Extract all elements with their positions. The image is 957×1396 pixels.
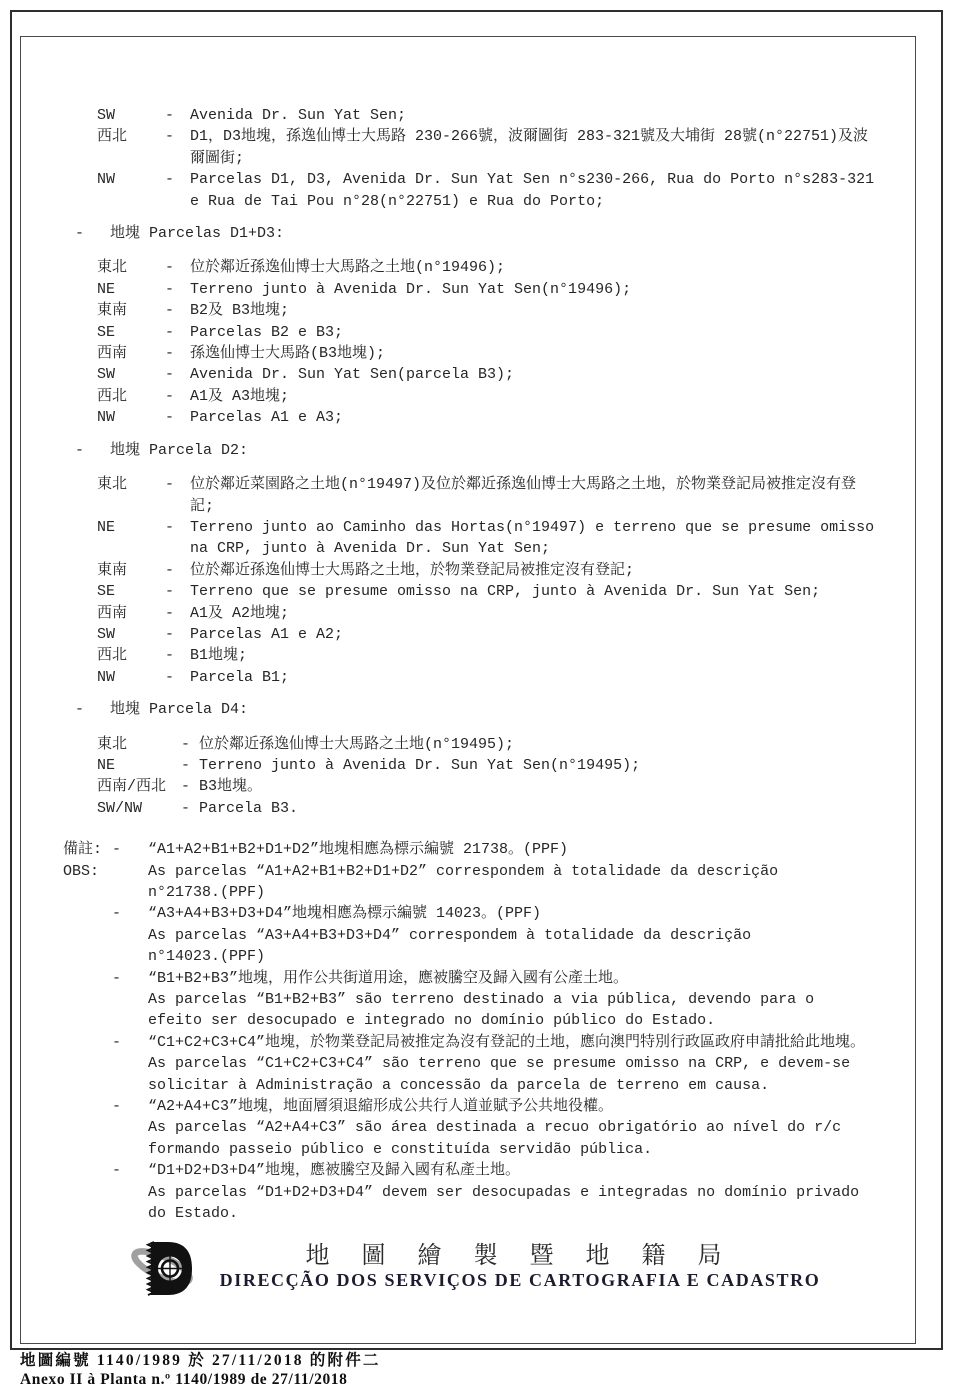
obs-label-spacer	[63, 968, 112, 989]
boundary-text: 孫逸仙博士大馬路(B3地塊);	[190, 343, 915, 364]
boundary-text: 位於鄰近孫逸仙博士大馬路之土地(n°19495);	[199, 734, 915, 755]
obs-text-pt: n°14023.(PPF)	[148, 946, 915, 967]
boundary-row: SW - Avenida Dr. Sun Yat Sen(parcela B3)…	[97, 364, 915, 385]
list-dash: -	[165, 279, 190, 300]
boundary-text: 爾圖街;	[190, 148, 915, 169]
boundary-row: 東北 - 位於鄰近菜園路之土地(n°19497)及位於鄰近孫逸仙博士大馬路之土地…	[97, 474, 915, 517]
section-title: - 地塊 Parcelas D1+D3:	[75, 223, 915, 244]
boundary-text: Parcelas A1 e A2;	[190, 624, 915, 645]
boundary-text: Parcelas A1 e A3;	[190, 407, 915, 428]
obs-text-zh: “D1+D2+D3+D4”地塊，應被騰空及歸入國有私產土地。	[148, 1160, 915, 1181]
continuation-block: SW - Avenida Dr. Sun Yat Sen; 西北 - D1，D3…	[21, 105, 915, 212]
boundary-text: Parcela B1;	[190, 667, 915, 688]
list-dash: -	[165, 126, 190, 169]
list-dash: -	[165, 407, 190, 428]
direction-label: NW	[97, 407, 165, 428]
section-title-text: 地塊 Parcela D4:	[110, 699, 915, 720]
list-dash: -	[165, 517, 190, 560]
boundary-row: 東北 - 位於鄰近孫逸仙博士大馬路之土地(n°19495);	[97, 734, 915, 755]
obs-item: - “A3+A4+B3+D3+D4”地塊相應為標示編號 14023。(PPF) …	[21, 903, 915, 967]
obs-label-spacer	[63, 1160, 112, 1181]
direction-label: 東南	[97, 560, 165, 581]
boundary-row: NE - Terreno junto ao Caminho das Hortas…	[97, 517, 915, 560]
direction-label: NW	[97, 667, 165, 688]
obs-label-pt: OBS:	[63, 861, 112, 904]
outer-border-frame: SW - Avenida Dr. Sun Yat Sen; 西北 - D1，D3…	[10, 10, 943, 1350]
boundary-text: A1及 A3地塊;	[190, 386, 915, 407]
list-dash	[112, 925, 148, 968]
list-dash: -	[165, 105, 190, 126]
boundary-row: SE - Terreno que se presume omisso na CR…	[97, 581, 915, 602]
direction-label: 西南/西北	[97, 776, 181, 797]
boundary-text: Terreno junto à Avenida Dr. Sun Yat Sen(…	[190, 279, 915, 300]
obs-zh-line: - “D1+D2+D3+D4”地塊，應被騰空及歸入國有私產土地。	[63, 1160, 915, 1181]
footer-annex-pt: Anexo II à Planta n.º 1140/1989 de 27/11…	[20, 1370, 381, 1389]
list-dash	[112, 1117, 148, 1160]
list-dash: -	[112, 1096, 148, 1117]
list-dash: -	[165, 474, 190, 517]
list-dash: -	[165, 169, 190, 212]
obs-pt-line: As parcelas “B1+B2+B3” são terreno desti…	[63, 989, 915, 1032]
list-dash: -	[112, 968, 148, 989]
list-dash: -	[165, 624, 190, 645]
boundary-row: 西南 - A1及 A2地塊;	[97, 603, 915, 624]
boundary-row: 西北 - A1及 A3地塊;	[97, 386, 915, 407]
boundary-text: D1，D3地塊，孫逸仙博士大馬路 230-266號，波爾圖街 283-321號及…	[190, 126, 915, 147]
obs-label-spacer	[63, 903, 112, 924]
obs-text-pt: solicitar à Administração a concessão da…	[148, 1075, 915, 1096]
list-dash: -	[112, 839, 148, 860]
list-dash: -	[165, 581, 190, 602]
direction-label: SE	[97, 322, 165, 343]
direction-label: 東北	[97, 257, 165, 278]
list-dash	[112, 861, 148, 904]
boundary-row: NE - Terreno junto à Avenida Dr. Sun Yat…	[97, 279, 915, 300]
list-dash: -	[181, 734, 199, 755]
direction-label: NE	[97, 279, 165, 300]
list-dash: -	[165, 645, 190, 666]
obs-zh-line: - “C1+C2+C3+C4”地塊，於物業登記局被推定為沒有登記的土地，應向澳門…	[63, 1032, 915, 1053]
direction-label: 西北	[97, 386, 165, 407]
boundary-text: 記;	[190, 496, 915, 517]
parcel-section-d4: - 地塊 Parcela D4: 東北 - 位於鄰近孫逸仙博士大馬路之土地(n°…	[21, 699, 915, 819]
list-dash: -	[165, 603, 190, 624]
obs-pt-line: As parcelas “C1+C2+C3+C4” são terreno qu…	[63, 1053, 915, 1096]
boundary-text: Avenida Dr. Sun Yat Sen(parcela B3);	[190, 364, 915, 385]
list-dash: -	[165, 343, 190, 364]
obs-label-spacer	[63, 1117, 112, 1160]
boundary-text: A1及 A2地塊;	[190, 603, 915, 624]
obs-text-pt: As parcelas “A3+A4+B3+D3+D4” corresponde…	[148, 925, 915, 946]
obs-zh-line: - “A2+A4+C3”地塊，地面層須退縮形成公共行人道並賦予公共地役權。	[63, 1096, 915, 1117]
obs-pt-line: OBS: As parcelas “A1+A2+B1+B2+D1+D2” cor…	[63, 861, 915, 904]
boundary-text: Terreno junto à Avenida Dr. Sun Yat Sen(…	[199, 755, 915, 776]
obs-pt-line: As parcelas “D1+D2+D3+D4” devem ser deso…	[63, 1182, 915, 1225]
boundary-text: B3地塊。	[199, 776, 915, 797]
boundary-row: 西南/西北 - B3地塊。	[97, 776, 915, 797]
obs-zh-line: 備註: - “A1+A2+B1+B2+D1+D2”地塊相應為標示編號 21738…	[63, 839, 915, 860]
list-dash	[112, 1053, 148, 1096]
obs-item: - “B1+B2+B3”地塊，用作公共街道用途，應被騰空及歸入國有公產土地。 A…	[21, 968, 915, 1032]
obs-label-spacer	[63, 925, 112, 968]
boundary-text: na CRP, junto à Avenida Dr. Sun Yat Sen;	[190, 538, 915, 559]
boundary-row: SW/NW - Parcela B3.	[97, 798, 915, 819]
obs-text-pt: formando passeio público e constituída s…	[148, 1139, 915, 1160]
boundary-row: SW - Avenida Dr. Sun Yat Sen;	[97, 105, 915, 126]
list-dash: -	[165, 386, 190, 407]
list-dash: -	[165, 257, 190, 278]
obs-text-pt: efeito ser desocupado e integrado no dom…	[148, 1010, 915, 1031]
direction-label: SW	[97, 105, 165, 126]
list-dash: -	[165, 667, 190, 688]
obs-label-spacer	[63, 1096, 112, 1117]
agency-title-pt: DIRECÇÃO DOS SERVIÇOS DE CARTOGRAFIA E C…	[220, 1270, 821, 1291]
boundary-row: 西北 - B1地塊;	[97, 645, 915, 666]
list-dash: -	[75, 440, 110, 461]
direction-label: 西北	[97, 126, 165, 169]
footer-caption: 地圖編號 1140/1989 於 27/11/2018 的附件二 Anexo I…	[20, 1351, 381, 1389]
boundary-row: SW - Parcelas A1 e A2;	[97, 624, 915, 645]
list-dash: -	[75, 699, 110, 720]
boundary-row: 東南 - 位於鄰近孫逸仙博士大馬路之土地，於物業登記局被推定沒有登記;	[97, 560, 915, 581]
boundary-text: 位於鄰近孫逸仙博士大馬路之土地，於物業登記局被推定沒有登記;	[190, 560, 915, 581]
boundary-row: NW - Parcelas D1, D3, Avenida Dr. Sun Ya…	[97, 169, 915, 212]
boundary-row: NE - Terreno junto à Avenida Dr. Sun Yat…	[97, 755, 915, 776]
obs-text-zh: “A2+A4+C3”地塊，地面層須退縮形成公共行人道並賦予公共地役權。	[148, 1096, 915, 1117]
list-dash: -	[181, 776, 199, 797]
list-dash	[112, 989, 148, 1032]
direction-label: 東南	[97, 300, 165, 321]
list-dash	[112, 1182, 148, 1225]
obs-block: 備註: - “A1+A2+B1+B2+D1+D2”地塊相應為標示編號 21738…	[21, 839, 915, 1224]
obs-text-zh: “A1+A2+B1+B2+D1+D2”地塊相應為標示編號 21738。(PPF)	[148, 839, 915, 860]
list-dash: -	[165, 300, 190, 321]
obs-text-pt: As parcelas “A2+A4+C3” são área destinad…	[148, 1117, 915, 1138]
list-dash: -	[112, 903, 148, 924]
list-dash: -	[181, 798, 199, 819]
obs-label-spacer	[63, 1182, 112, 1225]
obs-zh-line: - “A3+A4+B3+D3+D4”地塊相應為標示編號 14023。(PPF)	[63, 903, 915, 924]
agency-block: 地 圖 繪 製 暨 地 籍 局 DIRECÇÃO DOS SERVIÇOS DE…	[35, 1239, 915, 1299]
parcel-section-d1-d3: - 地塊 Parcelas D1+D3: 東北 - 位於鄰近孫逸仙博士大馬路之土…	[21, 223, 915, 429]
boundary-text: 位於鄰近菜園路之土地(n°19497)及位於鄰近孫逸仙博士大馬路之土地，於物業登…	[190, 474, 915, 495]
section-title-text: 地塊 Parcelas D1+D3:	[110, 223, 915, 244]
direction-label: 西南	[97, 343, 165, 364]
direction-label: 東北	[97, 734, 181, 755]
inner-border-frame: SW - Avenida Dr. Sun Yat Sen; 西北 - D1，D3…	[20, 36, 916, 1344]
direction-label: SW/NW	[97, 798, 181, 819]
parcel-section-d2: - 地塊 Parcela D2: 東北 - 位於鄰近菜園路之土地(n°19497…	[21, 440, 915, 688]
direction-label: 西南	[97, 603, 165, 624]
agency-titles: 地 圖 繪 製 暨 地 籍 局 DIRECÇÃO DOS SERVIÇOS DE…	[220, 1246, 821, 1292]
section-rows: 東北 - 位於鄰近孫逸仙博士大馬路之土地(n°19496); NE - Terr…	[21, 257, 915, 428]
boundary-row: SE - Parcelas B2 e B3;	[97, 322, 915, 343]
list-dash: -	[112, 1160, 148, 1181]
boundary-row: 東北 - 位於鄰近孫逸仙博士大馬路之土地(n°19496);	[97, 257, 915, 278]
obs-text-pt: As parcelas “D1+D2+D3+D4” devem ser deso…	[148, 1182, 915, 1203]
section-title: - 地塊 Parcela D4:	[75, 699, 915, 720]
obs-label-spacer	[63, 989, 112, 1032]
obs-pt-line: As parcelas “A3+A4+B3+D3+D4” corresponde…	[63, 925, 915, 968]
obs-label-spacer	[63, 1053, 112, 1096]
list-dash: -	[165, 364, 190, 385]
direction-label: 東北	[97, 474, 165, 517]
obs-text-zh: “B1+B2+B3”地塊，用作公共街道用途，應被騰空及歸入國有公產土地。	[148, 968, 915, 989]
list-dash: -	[75, 223, 110, 244]
obs-zh-line: - “B1+B2+B3”地塊，用作公共街道用途，應被騰空及歸入國有公產土地。	[63, 968, 915, 989]
section-rows: 東北 - 位於鄰近孫逸仙博士大馬路之土地(n°19495); NE - Terr…	[21, 734, 915, 820]
direction-label: NE	[97, 755, 181, 776]
boundary-text: 位於鄰近孫逸仙博士大馬路之土地(n°19496);	[190, 257, 915, 278]
boundary-text: B1地塊;	[190, 645, 915, 666]
boundary-text: Parcelas B2 e B3;	[190, 322, 915, 343]
obs-item: 備註: - “A1+A2+B1+B2+D1+D2”地塊相應為標示編號 21738…	[21, 839, 915, 903]
obs-text-pt: do Estado.	[148, 1203, 915, 1224]
obs-pt-line: As parcelas “A2+A4+C3” são área destinad…	[63, 1117, 915, 1160]
direction-label: SW	[97, 624, 165, 645]
obs-item: - “A2+A4+C3”地塊，地面層須退縮形成公共行人道並賦予公共地役權。 As…	[21, 1096, 915, 1160]
obs-label-zh: 備註:	[63, 839, 112, 860]
direction-label: NW	[97, 169, 165, 212]
boundary-text: Avenida Dr. Sun Yat Sen;	[190, 105, 915, 126]
boundary-text: B2及 B3地塊;	[190, 300, 915, 321]
obs-text-zh: “A3+A4+B3+D3+D4”地塊相應為標示編號 14023。(PPF)	[148, 903, 915, 924]
list-dash: -	[165, 560, 190, 581]
direction-label: SE	[97, 581, 165, 602]
agency-title-zh: 地 圖 繪 製 暨 地 籍 局	[220, 1246, 821, 1267]
obs-text-pt: As parcelas “A1+A2+B1+B2+D1+D2” correspo…	[148, 861, 915, 882]
section-title-text: 地塊 Parcela D2:	[110, 440, 915, 461]
direction-label: 西北	[97, 645, 165, 666]
obs-text-pt: As parcelas “B1+B2+B3” são terreno desti…	[148, 989, 915, 1010]
obs-label-spacer	[63, 1032, 112, 1053]
boundary-row: 西北 - D1，D3地塊，孫逸仙博士大馬路 230-266號，波爾圖街 283-…	[97, 126, 915, 169]
list-dash: -	[181, 755, 199, 776]
boundary-text: Terreno junto ao Caminho das Hortas(n°19…	[190, 517, 915, 538]
direction-label: SW	[97, 364, 165, 385]
boundary-row: NW - Parcelas A1 e A3;	[97, 407, 915, 428]
boundary-text: Parcela B3.	[199, 798, 915, 819]
section-rows: 東北 - 位於鄰近菜園路之土地(n°19497)及位於鄰近孫逸仙博士大馬路之土地…	[21, 474, 915, 688]
boundary-text: Terreno que se presume omisso na CRP, ju…	[190, 581, 915, 602]
boundary-row: NW - Parcela B1;	[97, 667, 915, 688]
dscc-globe-d-logo-icon	[130, 1239, 196, 1299]
boundary-row: 東南 - B2及 B3地塊;	[97, 300, 915, 321]
direction-label: NE	[97, 517, 165, 560]
document-content: SW - Avenida Dr. Sun Yat Sen; 西北 - D1，D3…	[21, 37, 915, 1343]
obs-text-pt: n°21738.(PPF)	[148, 882, 915, 903]
section-title: - 地塊 Parcela D2:	[75, 440, 915, 461]
obs-text-zh: “C1+C2+C3+C4”地塊，於物業登記局被推定為沒有登記的土地，應向澳門特別…	[148, 1032, 915, 1053]
boundary-text: e Rua de Tai Pou n°28(n°22751) e Rua do …	[190, 191, 915, 212]
obs-item: - “D1+D2+D3+D4”地塊，應被騰空及歸入國有私產土地。 As parc…	[21, 1160, 915, 1224]
boundary-row: 西南 - 孫逸仙博士大馬路(B3地塊);	[97, 343, 915, 364]
obs-item: - “C1+C2+C3+C4”地塊，於物業登記局被推定為沒有登記的土地，應向澳門…	[21, 1032, 915, 1096]
list-dash: -	[165, 322, 190, 343]
obs-text-pt: As parcelas “C1+C2+C3+C4” são terreno qu…	[148, 1053, 915, 1074]
boundary-text: Parcelas D1, D3, Avenida Dr. Sun Yat Sen…	[190, 169, 915, 190]
footer-annex-zh: 地圖編號 1140/1989 於 27/11/2018 的附件二	[20, 1351, 381, 1370]
list-dash: -	[112, 1032, 148, 1053]
